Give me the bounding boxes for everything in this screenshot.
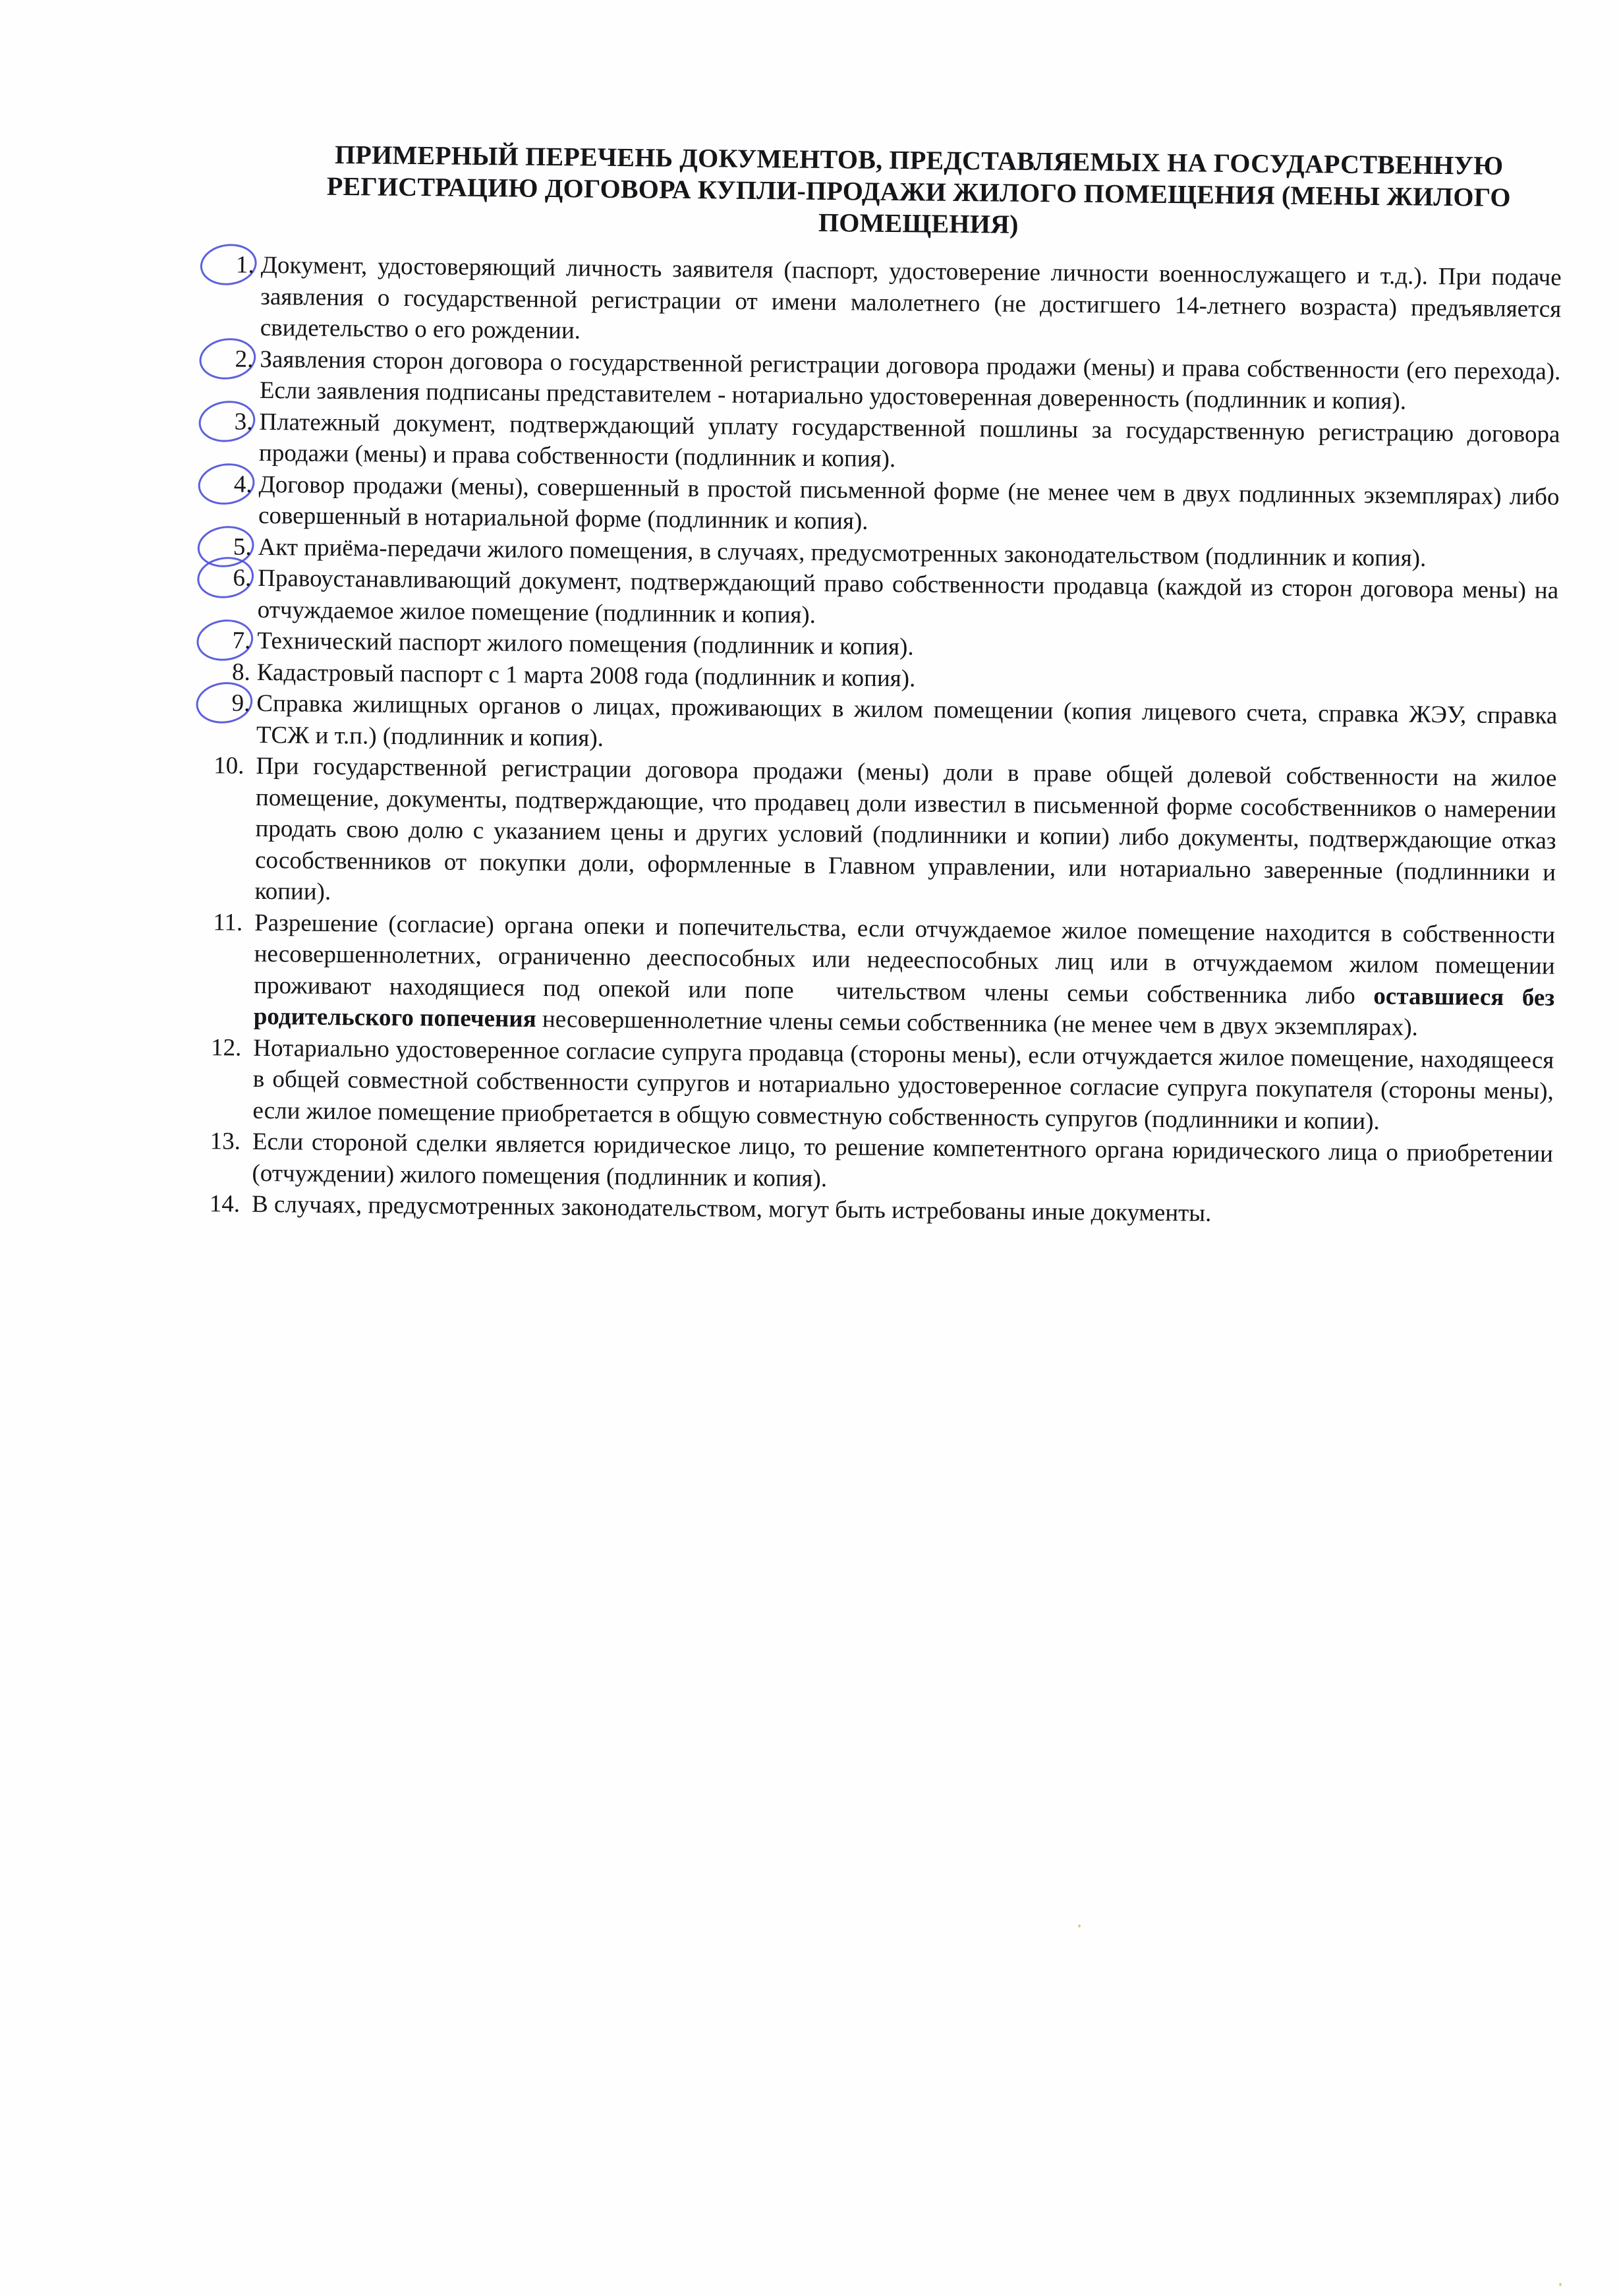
scan-speck: [1078, 1924, 1081, 1928]
item-text-part: чительством члены семьи собственника либ…: [836, 977, 1373, 1010]
scanned-page: ПРИМЕРНЫЙ ПЕРЕЧЕНЬ ДОКУМЕНТОВ, ПРЕДСТАВЛ…: [0, 0, 1619, 2296]
item-number: 11.: [191, 906, 242, 938]
item-number: 2.: [207, 343, 253, 375]
item-number: 4.: [206, 469, 252, 500]
document-list: 1. Документ, удостоверяющий личность зая…: [188, 249, 1562, 1232]
list-item: 11. Разрешение (согласие) органа опеки и…: [190, 906, 1556, 1045]
text-gap: [794, 998, 836, 998]
item-number: 7.: [204, 625, 250, 656]
item-number: 9.: [204, 687, 250, 719]
item-text: Документ, удостоверяющий личность заявит…: [260, 250, 1562, 356]
list-item: 12. Нотариально удостоверенное согласие …: [189, 1031, 1554, 1138]
scan-speck: [1559, 2283, 1562, 2286]
item-number: 10.: [192, 750, 244, 782]
list-item: 10. При государственной регистрации дого…: [191, 750, 1556, 919]
item-number: 1.: [208, 249, 254, 281]
item-text: При государственной регистрации договора…: [254, 751, 1556, 919]
item-number: 13.: [189, 1126, 241, 1157]
item-text: Нотариально удостоверенное согласие супр…: [252, 1032, 1554, 1138]
document-title: ПРИМЕРНЫЙ ПЕРЕЧЕНЬ ДОКУМЕНТОВ, ПРЕДСТАВЛ…: [276, 138, 1562, 246]
item-text: Разрешение (согласие) органа опеки и поп…: [254, 907, 1556, 1045]
item-number: 14.: [188, 1188, 240, 1220]
item-number: 12.: [190, 1031, 241, 1063]
list-item: 1. Документ, удостоверяющий личность зая…: [197, 249, 1562, 356]
item-number: 6.: [205, 562, 251, 594]
item-number: 3.: [206, 406, 252, 438]
